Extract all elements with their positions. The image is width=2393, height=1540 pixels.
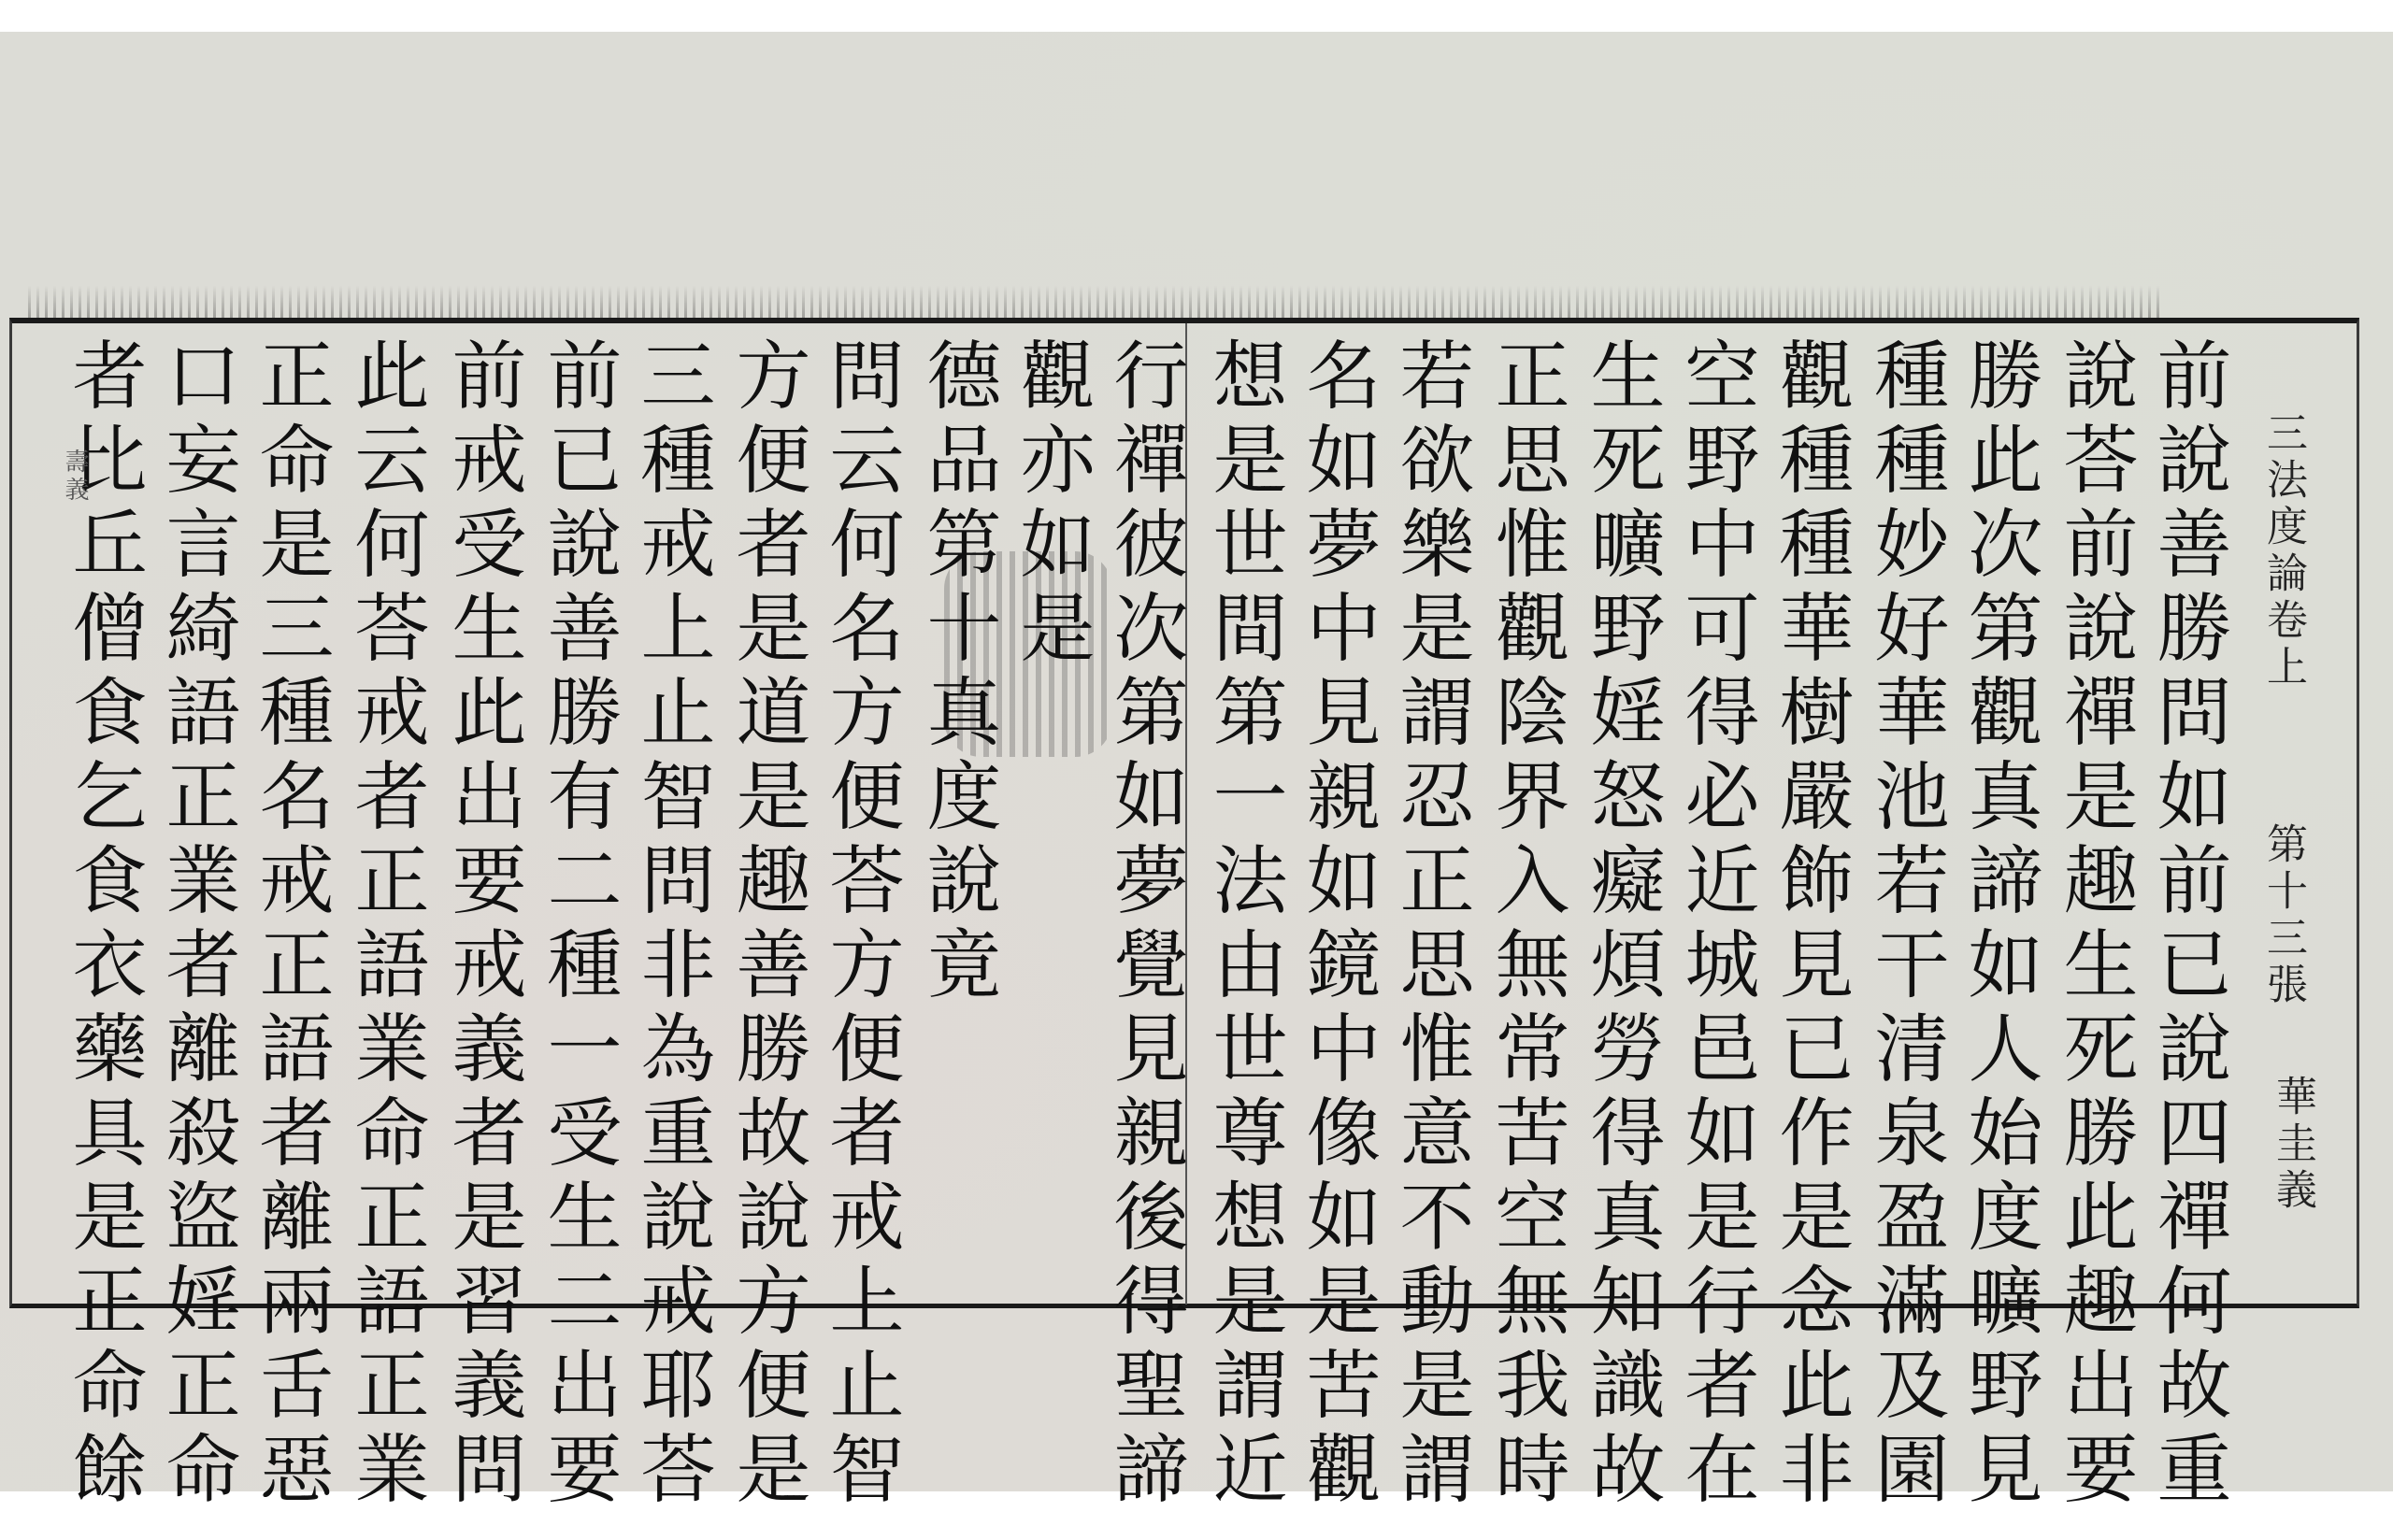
text-column-11: 想是世間第一法由世尊想是謂近 bbox=[1206, 336, 1281, 1514]
text-column-22: 口妄言綺語正業者離殺盜婬正命 bbox=[159, 336, 234, 1514]
text-column-17: 三種戒上止智問非為重說戒耶荅 bbox=[634, 336, 709, 1514]
text-column-4: 種種妙好華池若干清泉盈滿及園 bbox=[1868, 336, 1942, 1514]
text-column-6: 空野中可得必近城邑如是行者在 bbox=[1678, 336, 1753, 1514]
margin-carver: 華圭義 bbox=[2271, 1075, 2313, 1215]
text-column-13: 觀亦如是 bbox=[1013, 336, 1088, 673]
text-column-1: 前說善勝問如前已說四禪何故重 bbox=[2150, 336, 2225, 1514]
text-column-21: 正命是三種名戒正語者離兩舌惡 bbox=[252, 336, 327, 1514]
faint-side-note: 壽義 bbox=[58, 449, 93, 505]
text-column-10: 名如夢中見親如鏡中像如是苦觀 bbox=[1299, 336, 1374, 1514]
text-column-20: 此云何荅戒者正語業命正語正業 bbox=[348, 336, 423, 1514]
text-column-2: 說荅前說禪是趣生死勝此趣出要 bbox=[2056, 336, 2131, 1514]
text-column-7: 生死曠野婬怒癡煩勞得真知識故 bbox=[1583, 336, 1658, 1514]
margin-title: 三法度論卷上 bbox=[2262, 411, 2303, 692]
text-column-18: 前已說善勝有二種一受生二出要 bbox=[540, 336, 615, 1514]
text-column-5: 觀種種華樹嚴飾見已作是念此非 bbox=[1772, 336, 1847, 1514]
text-column-15: 問云何名方便荅方便者戒上止智 bbox=[823, 336, 897, 1514]
text-column-12: 行禪彼次第如夢覺見親後得聖諦 bbox=[1107, 336, 1182, 1514]
ink-bleed-top bbox=[28, 285, 2159, 321]
text-column-23: 者比丘僧食乞食衣藥具是正命餘 bbox=[65, 336, 140, 1514]
margin-leaf-number: 第十三張 bbox=[2262, 822, 2303, 1009]
text-column-19: 前戒受生此出要戒義者是習義問 bbox=[445, 336, 520, 1514]
text-column-3: 勝此次第觀真諦如人始度曠野見 bbox=[1961, 336, 2036, 1514]
text-column-9: 若欲樂是謂忍正思惟意不動是謂 bbox=[1393, 336, 1468, 1514]
text-column-8: 正思惟觀陰界入無常苦空無我時 bbox=[1488, 336, 1563, 1514]
text-column-16: 方便者是道是趣善勝故說方便是 bbox=[729, 336, 804, 1514]
text-column-14: 德品第十真度說竟 bbox=[920, 336, 995, 1009]
